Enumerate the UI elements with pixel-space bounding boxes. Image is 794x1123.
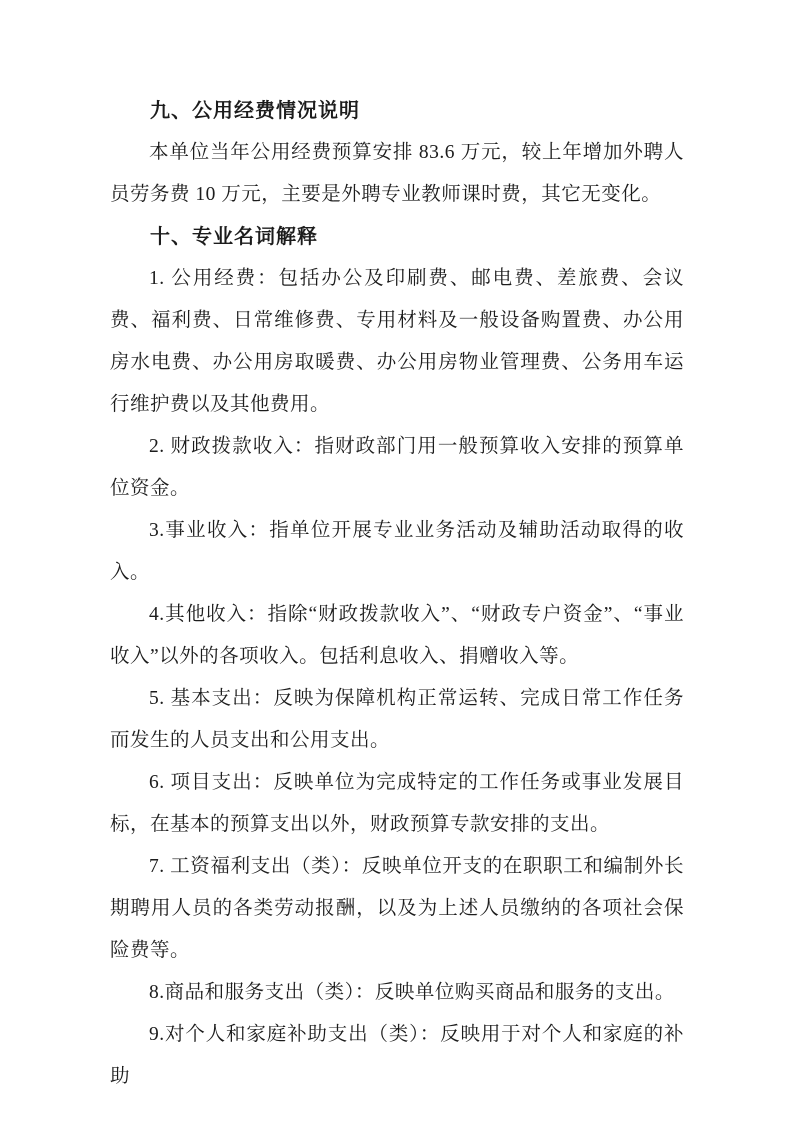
glossary-item-4-other-income: 4.其他收入：指除“财政拨款收入”、“财政专户资金”、“事业收入”以外的各项收入… xyxy=(110,594,684,678)
glossary-item-5-basic-expenditure: 5. 基本支出：反映为保障机构正常运转、完成日常工作任务而发生的人员支出和公用支… xyxy=(110,678,684,762)
section-heading-glossary: 十、专业名词解释 xyxy=(110,216,684,258)
glossary-item-8-goods-services-expenditure: 8.商品和服务支出（类）：反映单位购买商品和服务的支出。 xyxy=(110,972,684,1014)
document-page: 九、公用经费情况说明 本单位当年公用经费预算安排 83.6 万元，较上年增加外聘… xyxy=(0,0,794,1123)
glossary-item-3-operational-income: 3.事业收入：指单位开展专业业务活动及辅助活动取得的收入。 xyxy=(110,510,684,594)
paragraph-public-expense-note: 本单位当年公用经费预算安排 83.6 万元，较上年增加外聘人员劳务费 10 万元… xyxy=(110,132,684,216)
document-content: 九、公用经费情况说明 本单位当年公用经费预算安排 83.6 万元，较上年增加外聘… xyxy=(0,0,794,1098)
glossary-item-7-wage-welfare-expenditure: 7. 工资福利支出（类）：反映单位开支的在职职工和编制外长期聘用人员的各类劳动报… xyxy=(110,846,684,972)
glossary-item-9-individual-family-subsidy: 9.对个人和家庭补助支出（类）：反映用于对个人和家庭的补助 xyxy=(110,1014,684,1098)
section-heading-public-expense-note: 九、公用经费情况说明 xyxy=(110,90,684,132)
glossary-item-1-public-expense: 1. 公用经费：包括办公及印刷费、邮电费、差旅费、会议费、福利费、日常维修费、专… xyxy=(110,258,684,426)
glossary-item-6-project-expenditure: 6. 项目支出：反映单位为完成特定的工作任务或事业发展目标，在基本的预算支出以外… xyxy=(110,762,684,846)
glossary-item-2-fiscal-appropriation-income: 2. 财政拨款收入：指财政部门用一般预算收入安排的预算单位资金。 xyxy=(110,426,684,510)
